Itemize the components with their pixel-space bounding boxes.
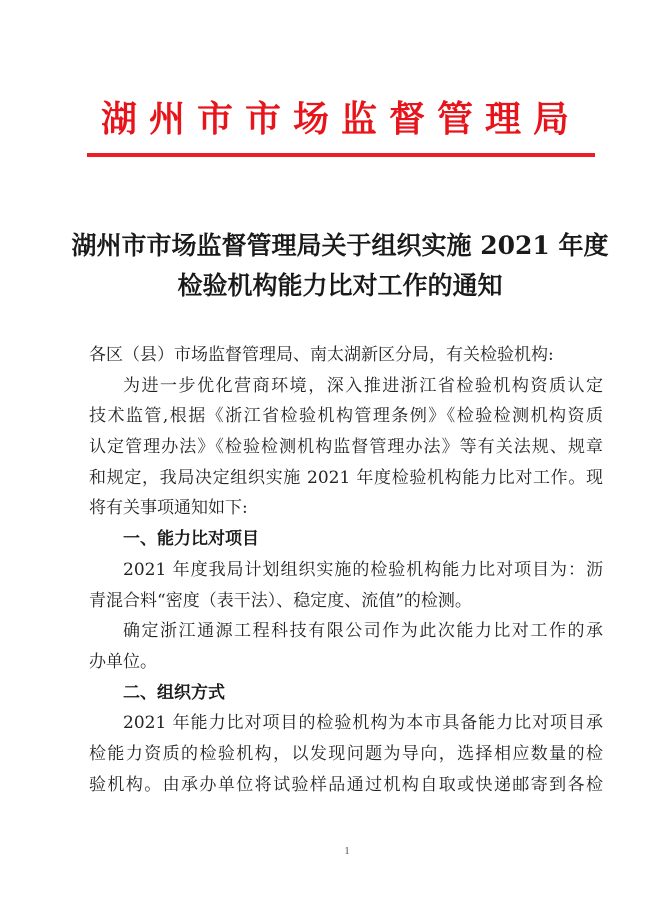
- body-line-12: 2021 年能力比对项目的检验机构为本市具备能力比对项目承: [89, 708, 603, 739]
- document-title: 湖州市市场监督管理局关于组织实施 2021 年度 检验机构能力比对工作的通知: [60, 226, 620, 306]
- body-line-7: 2021 年度我局计划组织实施的检验机构能力比对项目为：沥: [89, 555, 603, 586]
- body-line-13: 检能力资质的检验机构，以发现问题为导向，选择相应数量的检: [89, 739, 603, 770]
- body-line-14: 验机构。由承办单位将试验样品通过机构自取或快递邮寄到各检: [89, 770, 603, 801]
- body-line-10: 办单位。: [89, 647, 603, 678]
- body-line-3: 认定管理办法》《检验检测机构监督管理办法》等有关法规、规章: [89, 432, 603, 463]
- page-number: 1: [340, 845, 354, 857]
- section-heading-2: 二、组织方式: [89, 678, 603, 709]
- masthead-red-rule: [87, 153, 595, 157]
- body-line-8: 青混合料“密度（表干法）、稳定度、流值”的检测。: [89, 586, 603, 617]
- body-line-4: 和规定，我局决定组织实施 2021 年度检验机构能力比对工作。现: [89, 463, 603, 494]
- body-line-9: 确定浙江通源工程科技有限公司作为此次能力比对工作的承: [89, 616, 603, 647]
- masthead-title: 湖州市市场监督管理局: [87, 96, 595, 142]
- document-title-line-2: 检验机构能力比对工作的通知: [60, 266, 620, 306]
- body-line-1: 为进一步优化营商环境，深入推进浙江省检验机构资质认定: [89, 371, 603, 402]
- body-line-2: 技术监管,根据《浙江省检验机构管理条例》《检验检测机构资质: [89, 401, 603, 432]
- body-line-0: 各区（县）市场监督管理局、南太湖新区分局，有关检验机构:: [89, 340, 603, 371]
- document-title-line-1: 湖州市市场监督管理局关于组织实施 2021 年度: [60, 226, 620, 266]
- document-page: 湖州市市场监督管理局 湖州市市场监督管理局关于组织实施 2021 年度 检验机构…: [0, 0, 667, 900]
- section-heading-1: 一、能力比对项目: [89, 524, 603, 555]
- document-body: 各区（县）市场监督管理局、南太湖新区分局，有关检验机构: 为进一步优化营商环境，…: [89, 340, 603, 800]
- body-line-5: 将有关事项通知如下:: [89, 493, 603, 524]
